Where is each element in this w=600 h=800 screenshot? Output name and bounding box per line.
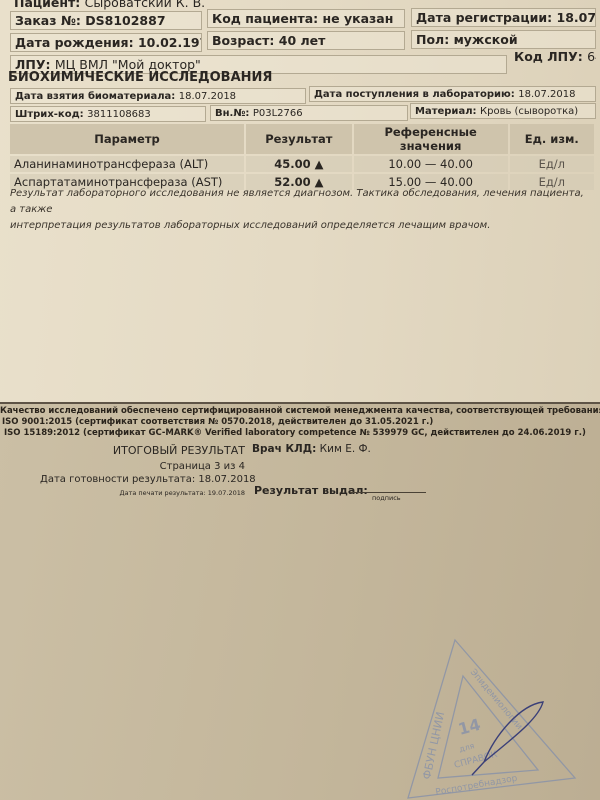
patient-name-label: Пациент: [14,0,80,10]
lpu-code-value: 64 [587,49,596,64]
final-result-heading: ИТОГОВЫЙ РЕЗУЛЬТАТ [60,444,245,457]
disclaimer-line-2: интерпретация результатов лабораторных и… [10,218,590,234]
barcode-field: Штрих-код: 3811108683 [10,106,206,122]
header-unit: Ед. изм. [510,124,594,154]
patient-code-value: не указан [323,11,394,26]
lab-date-value: 18.07.2018 [518,89,575,100]
sex-value: мужской [454,32,518,47]
certification-line-2: ISO 9001:2015 (сертификат соответствия №… [2,417,600,428]
unit-cell: Ед/л [510,156,594,172]
birth-date-field: Дата рождения: 10.02.1978 [10,33,202,52]
sample-date-label: Дата взятия биоматериала: [15,91,175,102]
header-reference: Референсные значения [354,124,508,154]
page-indicator: Страница 3 из 4 [60,461,245,472]
sample-date-field: Дата взятия биоматериала: 18.07.2018 [10,88,306,104]
material-label: Материал: [415,106,477,117]
print-date: Дата печати результата: 19.07.2018 [40,489,245,497]
doctor-field: Врач КЛД: Ким Е. Ф. [252,443,371,455]
sample-date-value: 18.07.2018 [179,91,236,102]
section-title: БИОХИМИЧЕСКИЕ ИССЛЕДОВАНИЯ [8,70,272,85]
header-result: Результат [246,124,352,154]
reference-cell: 10.00 — 40.00 [354,156,508,172]
stamp-inner-text-1: для [458,741,475,754]
order-number-label: Заказ №: [15,13,81,28]
order-number-value: DS8102887 [85,13,165,28]
birth-date-label: Дата рождения: [15,35,134,50]
doctor-label: Врач КЛД: [252,443,316,455]
certification-line-1: Качество исследований обеспечено сертифи… [0,406,600,417]
ready-date: Дата готовности результата: 18.07.2018 [40,474,245,485]
report-upper-section: Пациент: Сыроватский К. В. Заказ №: DS81… [0,0,600,402]
birth-date-value: 10.02.1978 [138,35,202,50]
results-header-row: Параметр Результат Референсные значения … [10,124,594,154]
patient-code-field: Код пациента: не указан [207,9,405,28]
results-table: Параметр Результат Референсные значения … [8,122,596,192]
registration-date-field: Дата регистрации: 18.07.2018 [411,8,596,27]
age-field: Возраст: 40 лет [207,31,405,50]
age-label: Возраст: [212,33,274,48]
header-parameter: Параметр [10,124,244,154]
patient-code-label: Код пациента: [212,11,318,26]
issued-by-label: Результат выдал: [254,484,368,497]
order-number-field: Заказ №: DS8102887 [10,11,202,30]
disclaimer-line-1: Результат лабораторного исследования не … [10,186,590,218]
stamp-number: 14 [456,715,482,739]
age-value: 40 лет [279,33,326,48]
barcode-value: 3811108683 [87,109,151,120]
certification-block: Качество исследований обеспечено сертифи… [0,406,600,439]
parameter-cell: Аланинаминотрансфераза (ALT) [10,156,244,172]
sex-field: Пол: мужской [411,30,596,49]
sex-label: Пол: [416,32,449,47]
registration-date-value: 18.07.2018 [557,10,597,25]
certification-line-3: ISO 15189:2012 (сертификат GC-MARK® Veri… [4,428,600,439]
disclaimer-note: Результат лабораторного исследования не … [10,186,590,234]
signature-caption: подпись [372,494,401,502]
patient-name-value: Сыроватский К. В. [85,0,206,10]
stamp-outer-left: ФБУН ЦНИИ [420,711,447,781]
result-cell: 45.00 ▲ [246,156,352,172]
signature-line [350,492,426,493]
internal-number-label: Вн.№: [215,108,249,119]
material-value: Кровь (сыворотка) [480,106,578,117]
material-field: Материал: Кровь (сыворотка) [410,103,596,119]
lab-date-field: Дата поступления в лабораторию: 18.07.20… [309,86,596,102]
lpu-code-label: Код ЛПУ: [514,49,583,64]
internal-number-value: P03L2766 [253,108,303,119]
barcode-label: Штрих-код: [15,109,84,120]
stamp-icon: ФБУН ЦНИИ Эпидемиологии Роспотребнадзор … [400,630,590,800]
doctor-value: Ким Е. Ф. [320,443,371,455]
lab-date-label: Дата поступления в лабораторию: [314,89,515,100]
table-row: Аланинаминотрансфераза (ALT) 45.00 ▲ 10.… [10,156,594,172]
internal-number-field: Вн.№: P03L2766 [210,105,408,121]
lpu-code-field: Код ЛПУ: 64 [510,48,596,67]
registration-date-label: Дата регистрации: [416,10,552,25]
